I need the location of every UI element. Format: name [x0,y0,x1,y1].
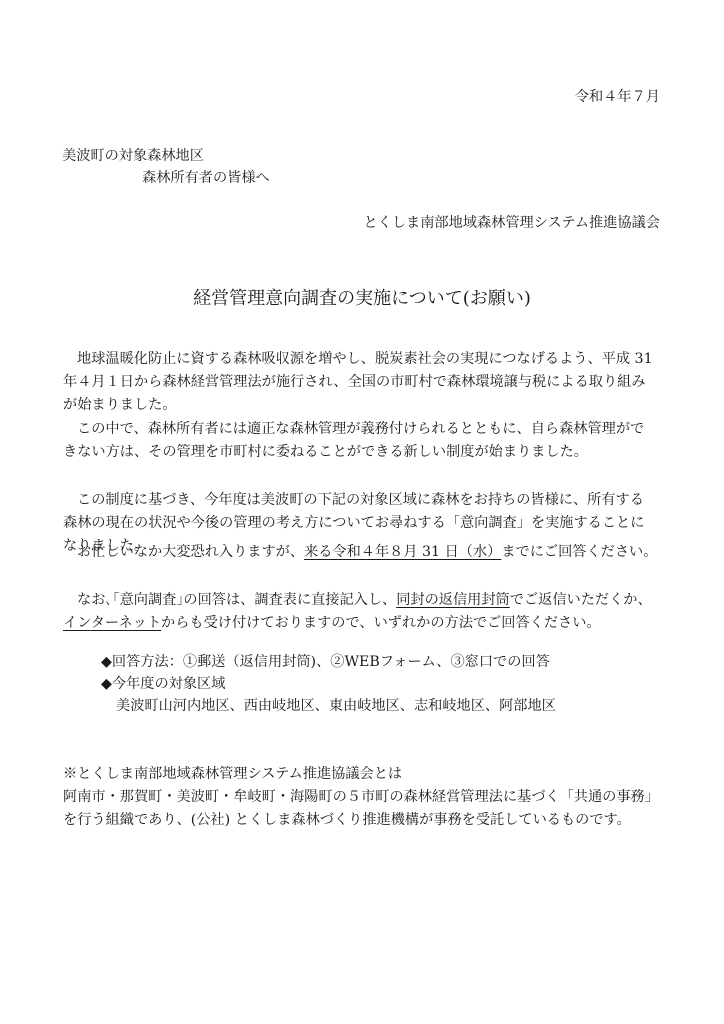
text-line: インターネットからも受け付けておりますので、いずれかの方法でご回答ください。 [63,612,663,635]
footnote-line: 阿南市・那賀町・美波町・牟岐町・海陽町の５市町の森林経営管理法に基づく「共通の事… [63,786,659,809]
text-line: この制度に基づき、今年度は美波町の下記の対象区域に森林をお持ちの皆様に、所有する [63,489,663,512]
text-segment: からも受け付けておりますので、いずれかの方法でご回答ください。 [161,615,601,631]
footnote-line: を行う組織であり、(公社) とくしま森林づくり推進機構が事務を受託しているもので… [63,809,659,832]
return-envelope-text: 同封の返信用封筒 [396,592,510,608]
text-line: お忙しいなか大変恐れ入りますが、来る令和４年８月 31 日（水）までにご回答くだ… [63,541,663,564]
sender-organization: とくしま南部地域森林管理システム推進協議会 [363,212,660,235]
text-line: この中で、森林所有者には適正な森林管理が義務付けられるとともに、自ら森林管理がで [63,418,663,441]
text-segment: でご返信いただくか、 [510,592,652,608]
text-line: 森林の現在の状況や今後の管理の考え方についてお尋ねする「意向調査」を実施すること… [63,512,663,535]
recipient-owners: 森林所有者の皆様へ [142,167,270,190]
deadline-suffix: までにご回答ください。 [501,544,657,560]
target-area-list: 美波町山河内地区、西由岐地区、東由岐地区、志和岐地区、阿部地区 [101,695,556,717]
footnote-line: ※とくしま南部地域森林管理システム推進協議会とは [63,763,659,786]
deadline-prefix: お忙しいなか大変恐れ入りますが、 [77,544,304,560]
text-line: 年４月１日から森林経営管理法が施行され、全国の市町村で森林環境譲与税による取り組… [63,371,663,394]
paragraph-deadline: お忙しいなか大変恐れ入りますが、来る令和４年８月 31 日（水）までにご回答くだ… [63,541,663,564]
document-date: 令和４年７月 [575,86,660,109]
bullet-target-area-heading: ◆今年度の対象区域 [101,673,556,695]
bullet-list: ◆回答方法：①郵送（返信用封筒)、②WEBフォーム、③窓口での回答 ◆今年度の対… [101,651,556,717]
deadline-date: 来る令和４年８月 31 日（水） [304,544,501,560]
text-line: 地球温暖化防止に資する森林吸収源を増やし、脱炭素社会の実現につなげるよう、平成 … [63,348,663,371]
bullet-response-methods: ◆回答方法：①郵送（返信用封筒)、②WEBフォーム、③窓口での回答 [101,651,556,673]
paragraph-background: 地球温暖化防止に資する森林吸収源を増やし、脱炭素社会の実現につなげるよう、平成 … [63,348,663,417]
internet-text: インターネット [63,615,161,631]
paragraph-new-system: この中で、森林所有者には適正な森林管理が義務付けられるとともに、自ら森林管理がで… [63,418,663,464]
text-segment: なお､｢意向調査｣の回答は、調査表に直接記入し、 [77,592,396,608]
recipient-area: 美波町の対象森林地区 [62,145,204,168]
document-page: 令和４年７月 美波町の対象森林地区 森林所有者の皆様へ とくしま南部地域森林管理… [0,0,724,1024]
paragraph-response-methods: なお､｢意向調査｣の回答は、調査表に直接記入し、同封の返信用封筒でご返信いただく… [63,589,663,635]
text-line: が始まりました。 [63,394,663,417]
footnote: ※とくしま南部地域森林管理システム推進協議会とは 阿南市・那賀町・美波町・牟岐町… [63,763,659,832]
document-title: 経営管理意向調査の実施について(お願い) [0,286,724,312]
text-line: きない方は、その管理を市町村に委ねることができる新しい制度が始まりました。 [63,441,663,464]
text-line: なお､｢意向調査｣の回答は、調査表に直接記入し、同封の返信用封筒でご返信いただく… [63,589,663,612]
